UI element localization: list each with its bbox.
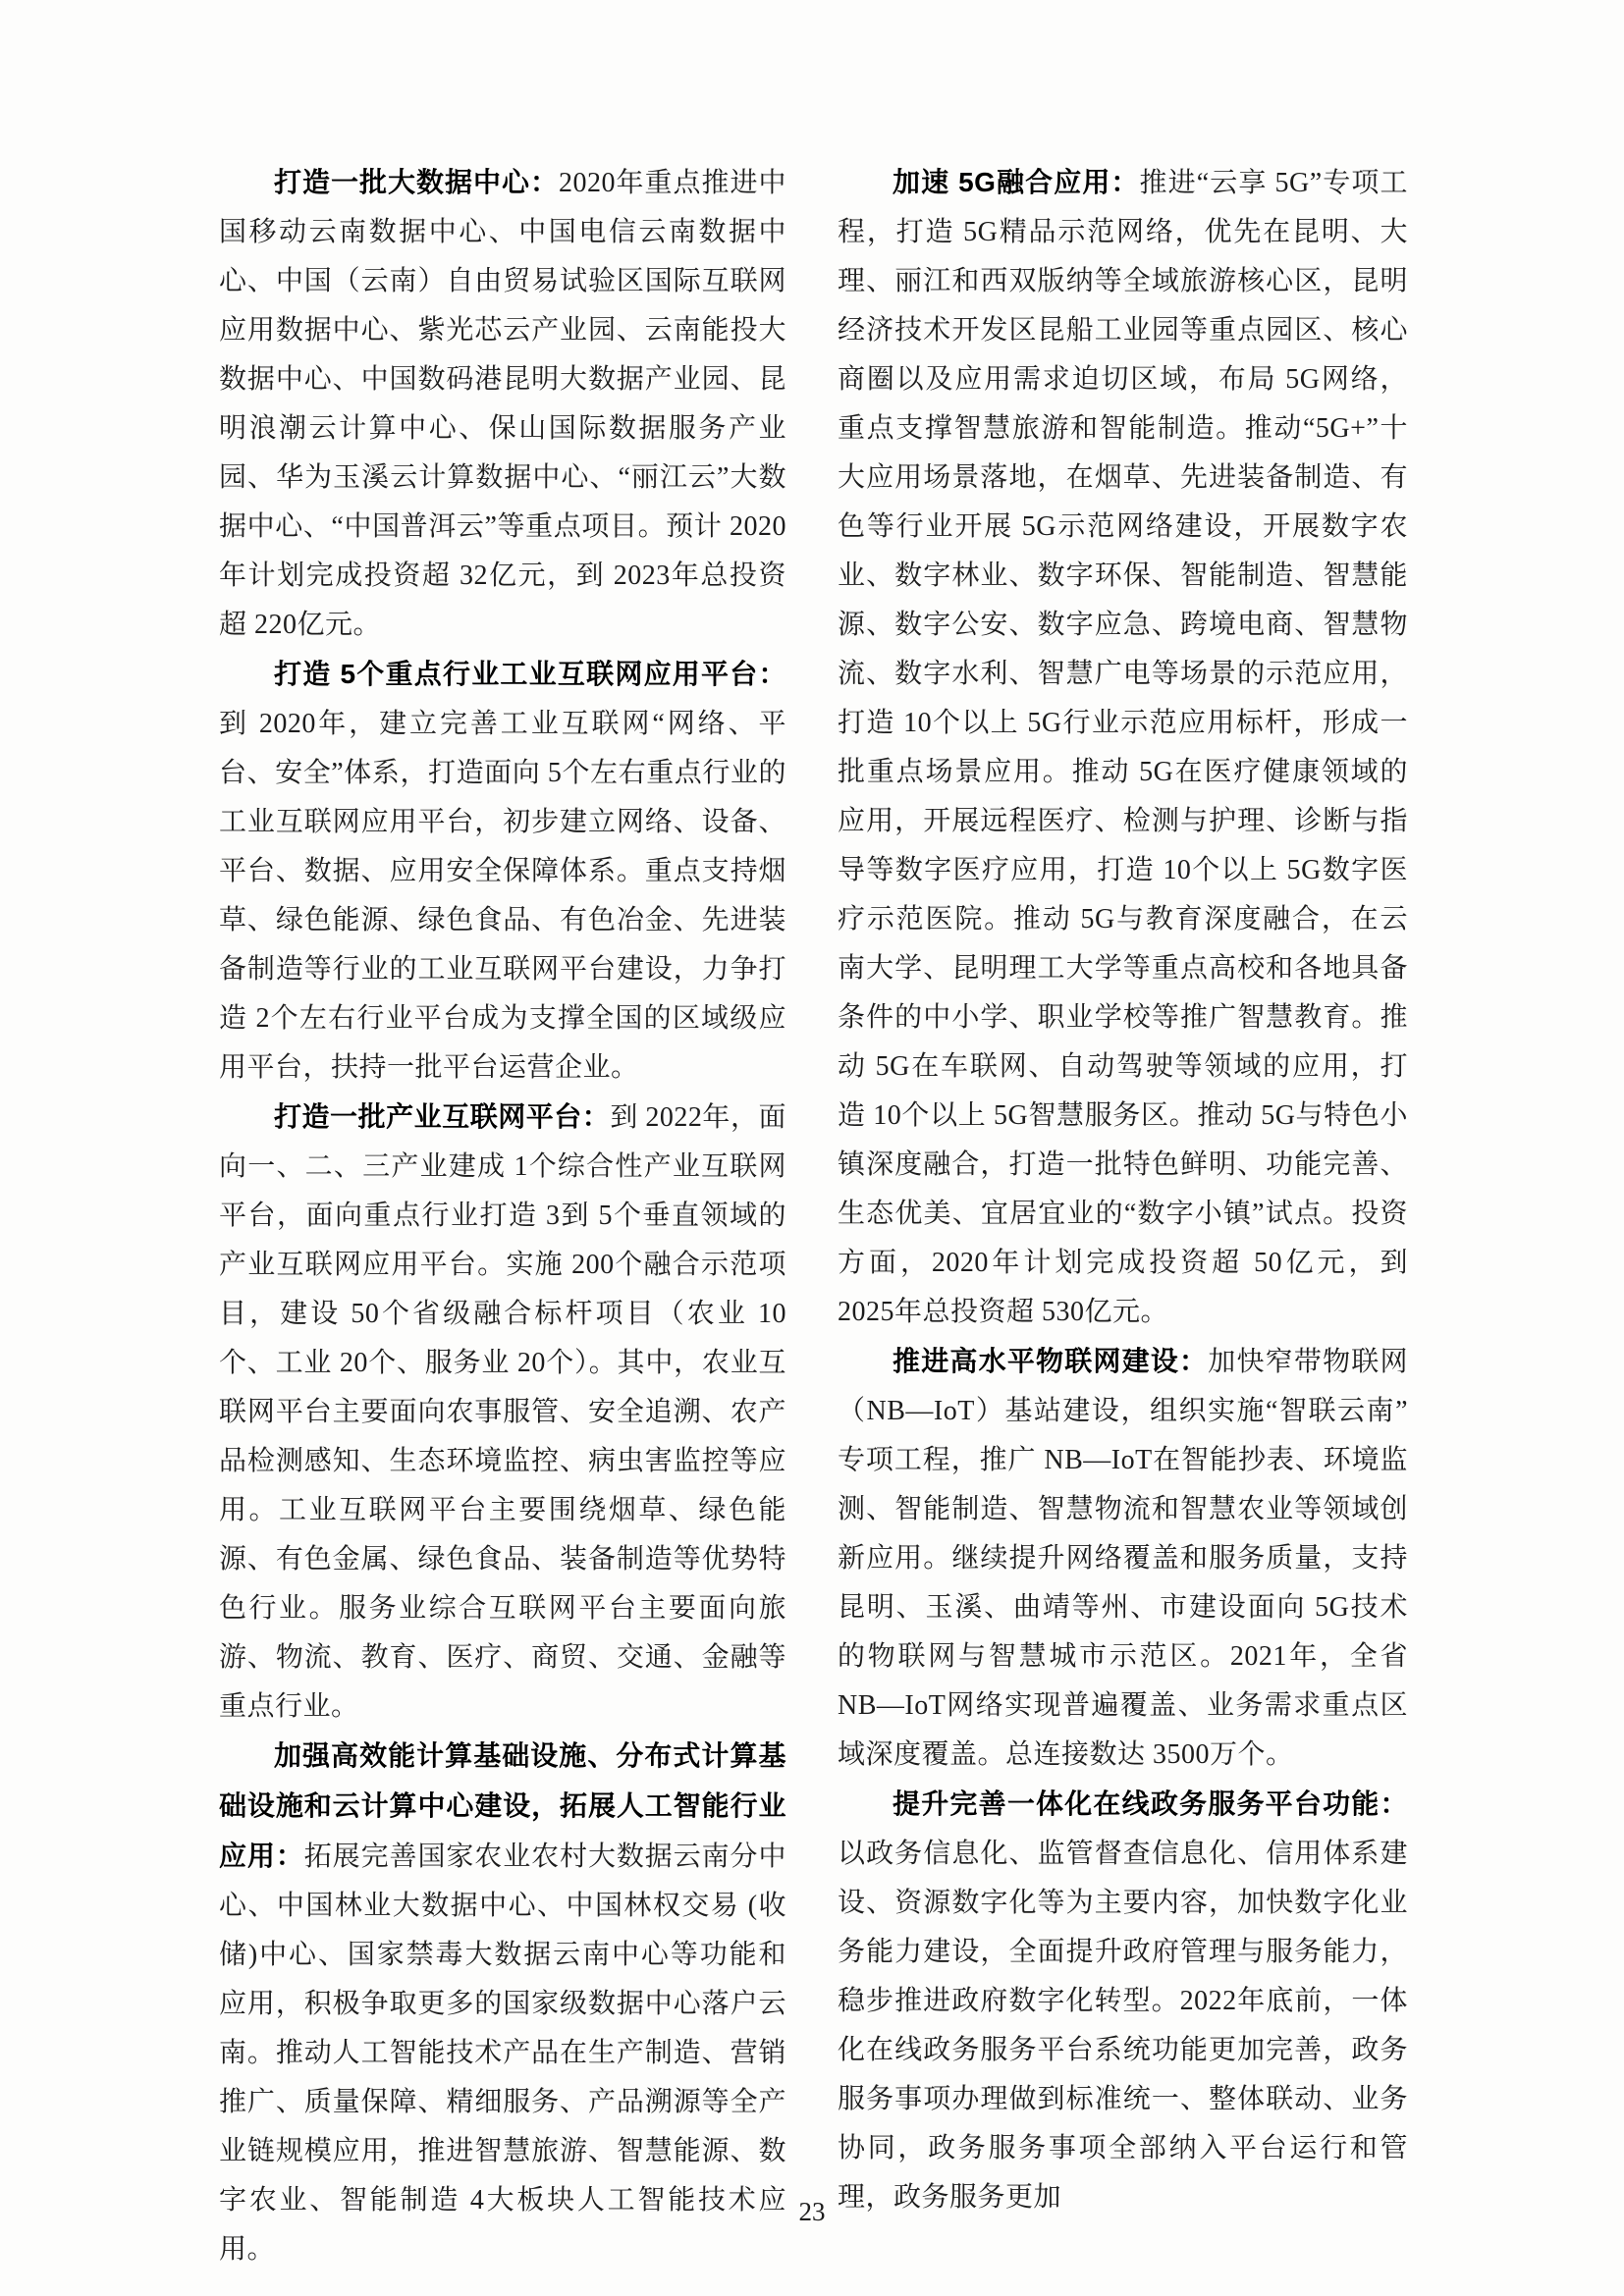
- paragraph-body: 以政务信息化、监管督查信息化、信用体系建设、资源数字化等为主要内容，加快数字化业…: [838, 1839, 1408, 2213]
- text-column-right: 加速 5G融合应用：推进“云享 5G”专项工程，打造 5G精品示范网络，优先在昆…: [838, 158, 1408, 2222]
- paragraph-body: 到 2020年，建立完善工业互联网“网络、平台、安全”体系，打造面向 5个左右重…: [219, 709, 786, 1083]
- paragraph-body: 到 2022年，面向一、二、三产业建成 1个综合性产业互联网平台，面向重点行业打…: [219, 1102, 786, 1722]
- document-page: 打造一批大数据中心：2020年重点推进中国移动云南数据中心、中国电信云南数据中心…: [0, 0, 1624, 2296]
- paragraph: 打造一批产业互联网平台：到 2022年，面向一、二、三产业建成 1个综合性产业互…: [219, 1093, 786, 1732]
- paragraph-body: 2020年重点推进中国移动云南数据中心、中国电信云南数据中心、中国（云南）自由贸…: [219, 168, 786, 640]
- paragraph-lead: 打造一批大数据中心：: [274, 167, 559, 197]
- paragraph: 打造一批大数据中心：2020年重点推进中国移动云南数据中心、中国电信云南数据中心…: [219, 158, 786, 650]
- paragraph: 加强高效能计算基础设施、分布式计算基础设施和云计算中心建设，拓展人工智能行业应用…: [219, 1732, 786, 2274]
- paragraph-body: 加快窄带物联网（NB—IoT）基站建设，组织实施“智联云南”专项工程，推广 NB…: [838, 1347, 1408, 1770]
- page-number: 23: [0, 2197, 1624, 2227]
- text-column-left: 打造一批大数据中心：2020年重点推进中国移动云南数据中心、中国电信云南数据中心…: [219, 158, 786, 2274]
- paragraph-lead: 加速 5G融合应用：: [893, 167, 1140, 197]
- paragraph-lead: 打造 5个重点行业工业互联网应用平台：: [274, 659, 786, 689]
- paragraph: 推进高水平物联网建设：加快窄带物联网（NB—IoT）基站建设，组织实施“智联云南…: [838, 1337, 1408, 1780]
- paragraph-lead: 提升完善一体化在线政务服务平台功能：: [893, 1789, 1408, 1819]
- paragraph: 加速 5G融合应用：推进“云享 5G”专项工程，打造 5G精品示范网络，优先在昆…: [838, 158, 1408, 1337]
- paragraph-lead: 推进高水平物联网建设：: [893, 1346, 1208, 1376]
- paragraph: 打造 5个重点行业工业互联网应用平台：到 2020年，建立完善工业互联网“网络、…: [219, 650, 786, 1093]
- paragraph-lead: 打造一批产业互联网平台：: [274, 1101, 610, 1132]
- paragraph-body: 推进“云享 5G”专项工程，打造 5G精品示范网络，优先在昆明、大理、丽江和西双…: [838, 168, 1408, 1327]
- paragraph: 提升完善一体化在线政务服务平台功能：以政务信息化、监管督查信息化、信用体系建设、…: [838, 1780, 1408, 2222]
